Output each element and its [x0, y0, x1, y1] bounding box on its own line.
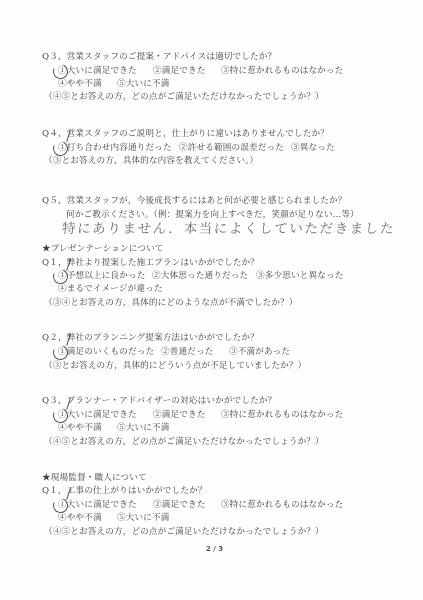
presentation-heading: ★プレゼンテーションについて	[42, 244, 164, 255]
presentation-q1-option-1: ①予想以上に良かった	[58, 271, 145, 282]
sales-q5-sub: 何かご教示ください。（例：提案力を向上すべきだ，笑顔が足りない…等）	[66, 210, 359, 221]
presentation-q3-question: Q３，プランナー・アドバイザーの対応はいかがでしたか？	[42, 396, 276, 407]
site-q1-note: （④⑤とお答えの方，どの点がご満足いただけなかったでしょうか？）	[44, 527, 324, 538]
sales-q3-question: Q３，営業スタッフのご提案・アドバイスは適切でしたか？	[42, 52, 276, 63]
presentation-q3-option-5: ⑤大いに不満	[117, 423, 169, 434]
sales-q4-option-3: ③異なった	[291, 143, 335, 154]
sales-q3-option-5: ⑤大いに不満	[117, 79, 169, 90]
presentation-q1-option-4: ④まるでイメージが違った	[58, 284, 163, 295]
sales-q4-option-1: ①打ち合わせ内容通りだった	[58, 143, 172, 154]
presentation-q1-option-2: ②大体思った通りだった	[152, 271, 248, 282]
presentation-q2-note: （③とお答えの方，具体的にどういう点が不足していましたか？）	[44, 361, 306, 372]
selection-circle-mark	[51, 343, 70, 362]
site-q1-option-2: ②満足できた	[153, 500, 205, 511]
presentation-q1-note: （③④とお答えの方，具体的にどのような点が不満でしたか？）	[44, 298, 298, 309]
sales-q4-question: Q４，営業スタッフのご説明と，仕上がりに違いはありませんでしたか？	[42, 129, 329, 140]
page-number: 2 / 3	[206, 545, 223, 553]
presentation-q2-option-1: ①満足のいくものだった	[58, 347, 154, 358]
site-q1-option-1: ①大いに満足できた	[58, 500, 137, 511]
sales-q3-option-4: ④やや不満	[58, 79, 102, 90]
sales-q5-question: Q５，営業スタッフが，今後成長するにはあと何が必要と感じられましたか？	[42, 196, 346, 207]
sales-q3-option-3: ③特に惹かれるものはなかった	[221, 66, 343, 77]
sales-q5-handwritten-answer: 特にありません．本当によくしていただきました	[61, 221, 395, 237]
presentation-q2-option-2: ②普通だった	[161, 347, 213, 358]
sales-q3-option-2: ②満足できた	[153, 66, 205, 77]
presentation-q3-option-3: ③特に惹かれるものはなかった	[221, 410, 343, 421]
presentation-q2-question: Q２，弊社のプランニング提案方法はいかがでしたか？	[42, 333, 259, 344]
presentation-q2-option-3: ③不満があった	[229, 347, 290, 358]
site-heading: ★現場監督・職人について	[42, 473, 147, 484]
sales-q4-option-2: ②許せる範囲の誤差だった	[179, 143, 284, 154]
presentation-q3-option-4: ④やや不満	[58, 423, 102, 434]
presentation-q3-option-2: ②満足できた	[153, 410, 205, 421]
sales-q3-note: （④⑤とお答えの方，どの点がご満足いただけなかったでしょうか？）	[44, 92, 324, 103]
site-q1-option-3: ③特に惹かれるものはなかった	[221, 500, 343, 511]
presentation-q3-option-1: ①大いに満足できた	[58, 410, 137, 421]
sales-q4-note: （③とお答えの方，具体的な内容を教えてください。）	[44, 156, 258, 167]
presentation-q3-note: （④⑤とお答えの方，どの点がご満足いただけなかったでしょうか？）	[44, 437, 324, 448]
survey-page: Q３，営業スタッフのご提案・アドバイスは適切でしたか？ ①大いに満足できた ②満…	[0, 0, 423, 600]
presentation-q1-option-3: ③多少思いと異なった	[256, 271, 343, 282]
site-q1-option-4: ④やや不満	[58, 513, 102, 524]
presentation-q1-question: Q１，弊社より提案した施工プランはいかがでしたか？	[42, 258, 259, 269]
sales-q3-option-1: ①大いに満足できた	[58, 66, 137, 77]
site-q1-option-5: ⑤大いに不満	[117, 513, 169, 524]
